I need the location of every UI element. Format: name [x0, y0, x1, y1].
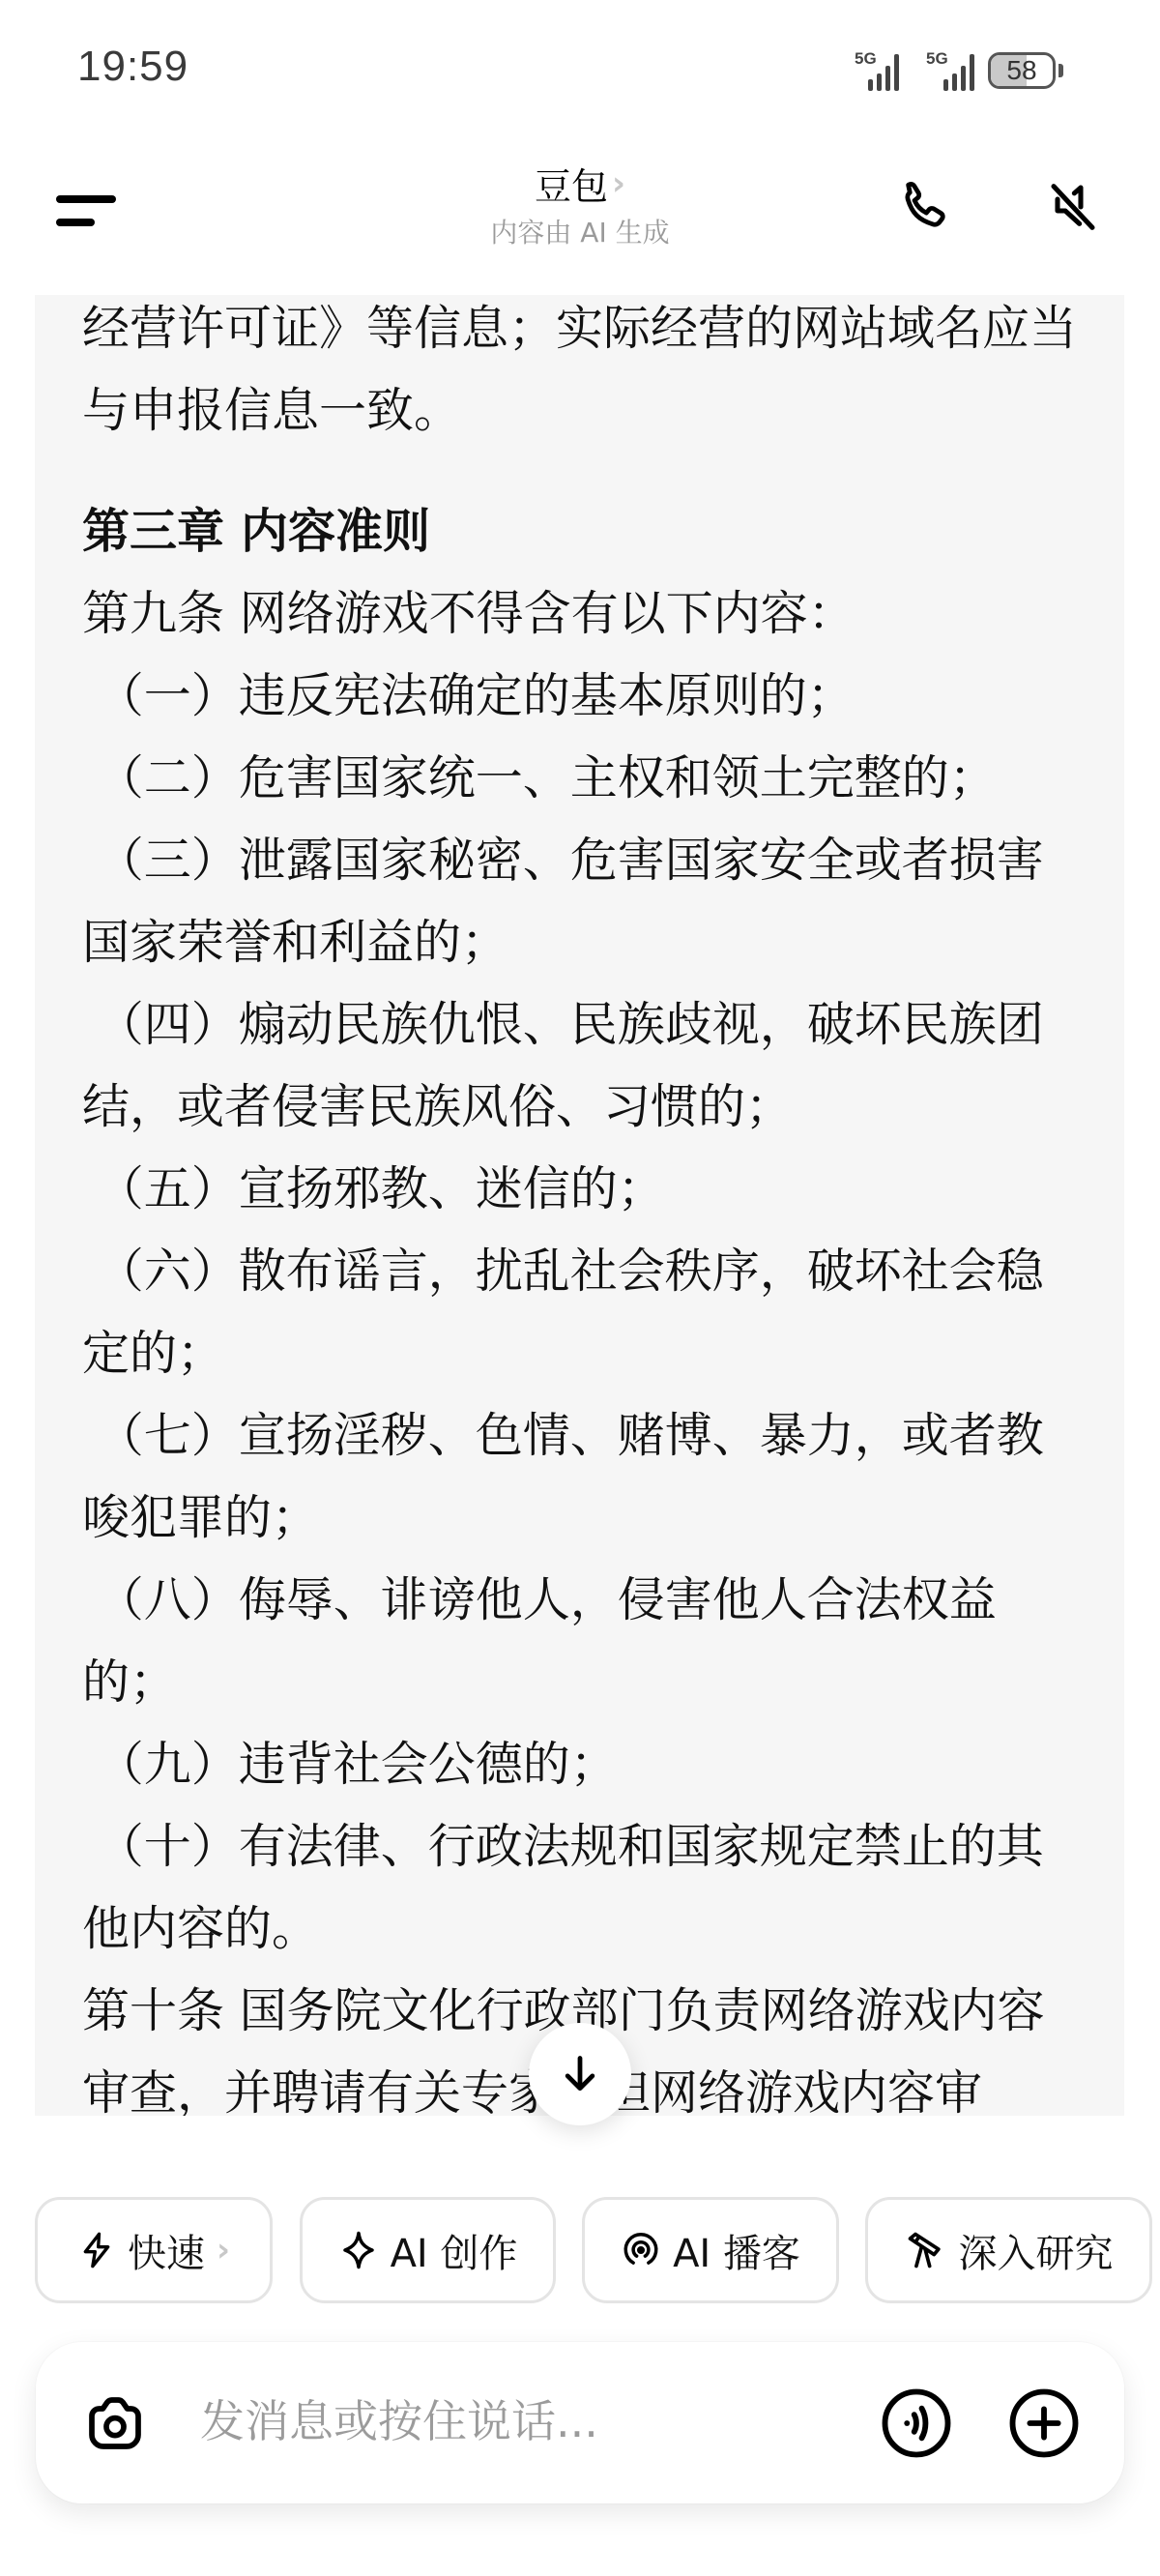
- message-text: 经营许可证》等信息；实际经营的网站域名应当与申报信息一致。 第三章 内容准则 第…: [82, 295, 1086, 2116]
- arrow-down-icon: [559, 2053, 601, 2095]
- battery-icon: 58: [988, 52, 1056, 89]
- list-item: （十）有法律、行政法规和国家规定禁止的其他内容的。: [82, 1805, 1086, 1970]
- chevron-right-icon: ›: [217, 2231, 230, 2269]
- chapter-heading: 第三章 内容准则: [82, 490, 1086, 572]
- battery-tip: [1058, 64, 1063, 77]
- chat-message-content: 经营许可证》等信息；实际经营的网站域名应当与申报信息一致。 第三章 内容准则 第…: [35, 295, 1124, 2116]
- list-item: （三）泄露国家秘密、危害国家安全或者损害国家荣誉和利益的；: [82, 819, 1086, 983]
- list-item: （四）煽动民族仇恨、民族歧视，破坏民族团结，或者侵害民族风俗、习惯的；: [82, 983, 1086, 1148]
- plus-icon[interactable]: [1006, 2386, 1082, 2465]
- chip-label: 深入研究: [959, 2223, 1114, 2278]
- list-item: （一）违反宪法确定的基本原则的；: [82, 655, 1086, 737]
- lightning-icon: [77, 2231, 116, 2269]
- chip-label: AI 创作: [391, 2223, 518, 2278]
- list-item: （八）侮辱、诽谤他人，侵害他人合法权益的；: [82, 1559, 1086, 1723]
- phone-icon[interactable]: [894, 176, 956, 238]
- signal-sim2-icon: 5G: [926, 50, 988, 91]
- voice-call-icon[interactable]: [879, 2386, 954, 2465]
- quick-action-ai-create[interactable]: AI 创作: [300, 2197, 556, 2303]
- scroll-to-bottom-button[interactable]: [529, 2023, 631, 2125]
- quick-action-deep-research[interactable]: 深入研究: [865, 2197, 1152, 2303]
- quick-action-fast[interactable]: 快速 ›: [35, 2197, 273, 2303]
- ai-generated-notice: 内容由 AI 生成: [0, 212, 1160, 250]
- message-input-bar: 发消息或按住说话...: [36, 2342, 1124, 2503]
- paragraph: 经营许可证》等信息；实际经营的网站域名应当与申报信息一致。: [82, 295, 1086, 452]
- list-item: （五）宣扬邪教、迷信的；: [82, 1148, 1086, 1230]
- signal-sim1-icon: 5G: [855, 50, 914, 91]
- list-item: （六）散布谣言，扰乱社会秩序，破坏社会稳定的；: [82, 1230, 1086, 1394]
- quick-action-ai-podcast[interactable]: AI 播客: [582, 2197, 839, 2303]
- list-item: （九）违背社会公德的；: [82, 1723, 1086, 1805]
- status-time: 19:59: [77, 43, 188, 91]
- list-item: （二）危害国家统一、主权和领土完整的；: [82, 737, 1086, 819]
- page-title: 豆包: [535, 157, 608, 210]
- podcast-icon: [621, 2230, 661, 2270]
- article-9-intro: 第九条 网络游戏不得含有以下内容：: [82, 572, 1086, 655]
- sparkle-icon: [338, 2230, 379, 2270]
- list-item: （七）宣扬淫秽、色情、赌博、暴力，或者教唆犯罪的；: [82, 1394, 1086, 1559]
- chevron-right-icon: ›: [612, 164, 625, 203]
- chip-label: 快速: [128, 2223, 205, 2278]
- header-title-block[interactable]: 豆包 › 内容由 AI 生成: [0, 157, 1160, 250]
- battery-level: 58: [991, 55, 1053, 86]
- camera-icon[interactable]: [80, 2388, 150, 2462]
- message-input[interactable]: 发消息或按住说话...: [200, 2392, 598, 2450]
- chip-label: AI 播客: [673, 2223, 800, 2278]
- speaker-mute-icon[interactable]: [1042, 176, 1104, 238]
- telescope-icon: [905, 2229, 947, 2271]
